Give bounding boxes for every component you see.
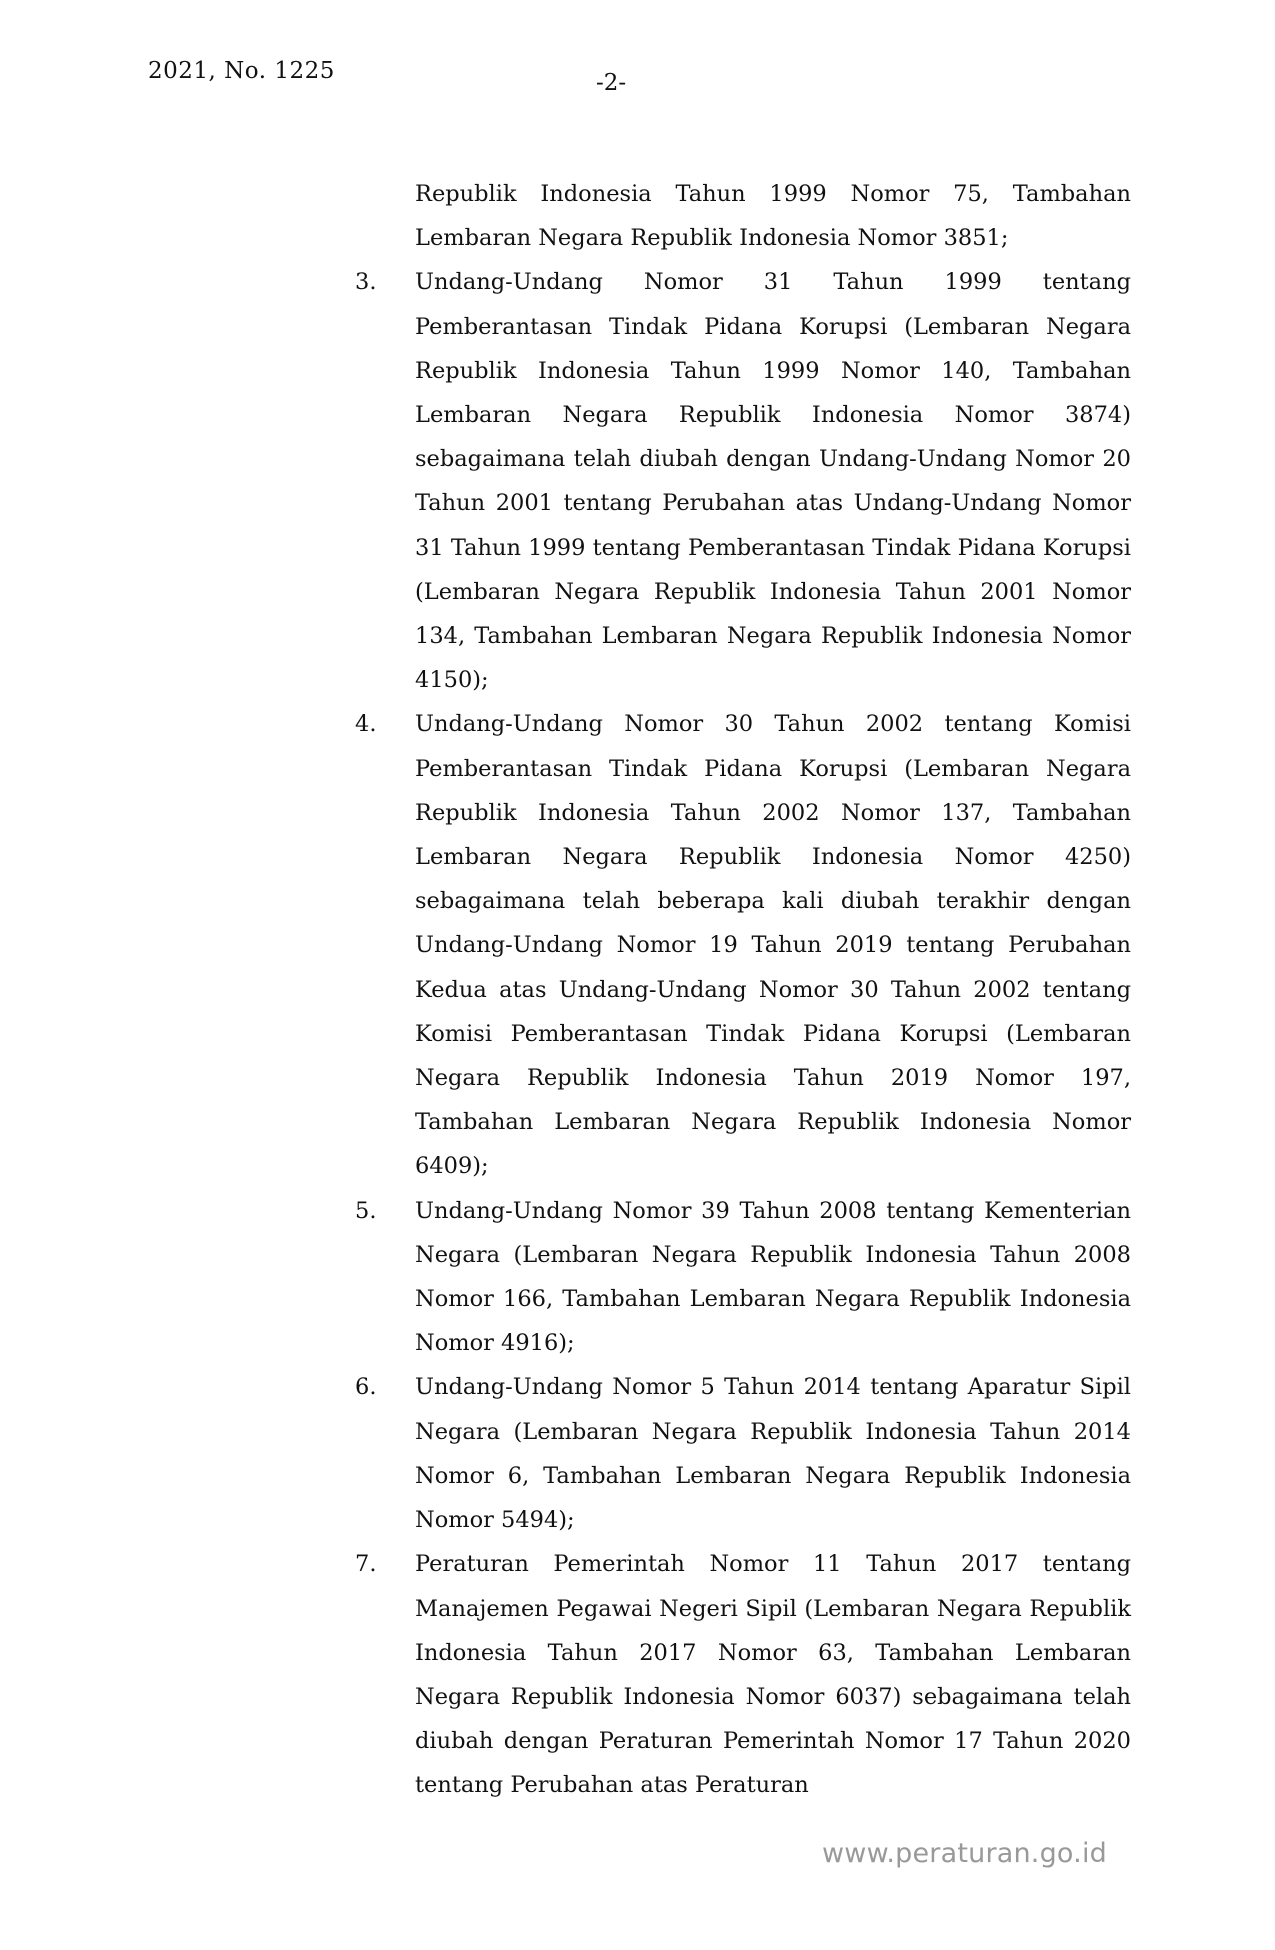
continued-paragraph: Republik Indonesia Tahun 1999 Nomor 75, …: [415, 172, 1131, 260]
list-item-number: 6.: [355, 1365, 415, 1542]
list-item-text: Undang-Undang Nomor 5 Tahun 2014 tentang…: [415, 1365, 1131, 1542]
list-item-number: 7.: [355, 1542, 415, 1807]
list-item: 4. Undang-Undang Nomor 30 Tahun 2002 ten…: [355, 702, 1131, 1188]
list-item-text: Peraturan Pemerintah Nomor 11 Tahun 2017…: [415, 1542, 1131, 1807]
list-item-number: 4.: [355, 702, 415, 1188]
list-item-text: Undang-Undang Nomor 31 Tahun 1999 tentan…: [415, 260, 1131, 702]
page-number: -2-: [596, 70, 626, 96]
list-item: 6. Undang-Undang Nomor 5 Tahun 2014 tent…: [355, 1365, 1131, 1542]
list-item: 7. Peraturan Pemerintah Nomor 11 Tahun 2…: [355, 1542, 1131, 1807]
list-item: 3. Undang-Undang Nomor 31 Tahun 1999 ten…: [355, 260, 1131, 702]
list-item-number: 5.: [355, 1189, 415, 1366]
list-item: 5. Undang-Undang Nomor 39 Tahun 2008 ten…: [355, 1189, 1131, 1366]
list-item-number: 3.: [355, 260, 415, 702]
list-item-text: Undang-Undang Nomor 39 Tahun 2008 tentan…: [415, 1189, 1131, 1366]
website-watermark: www.peraturan.go.id: [822, 1838, 1107, 1869]
document-body: Republik Indonesia Tahun 1999 Nomor 75, …: [355, 172, 1131, 1808]
list-item-text: Undang-Undang Nomor 30 Tahun 2002 tentan…: [415, 702, 1131, 1188]
document-reference: 2021, No. 1225: [148, 58, 335, 84]
